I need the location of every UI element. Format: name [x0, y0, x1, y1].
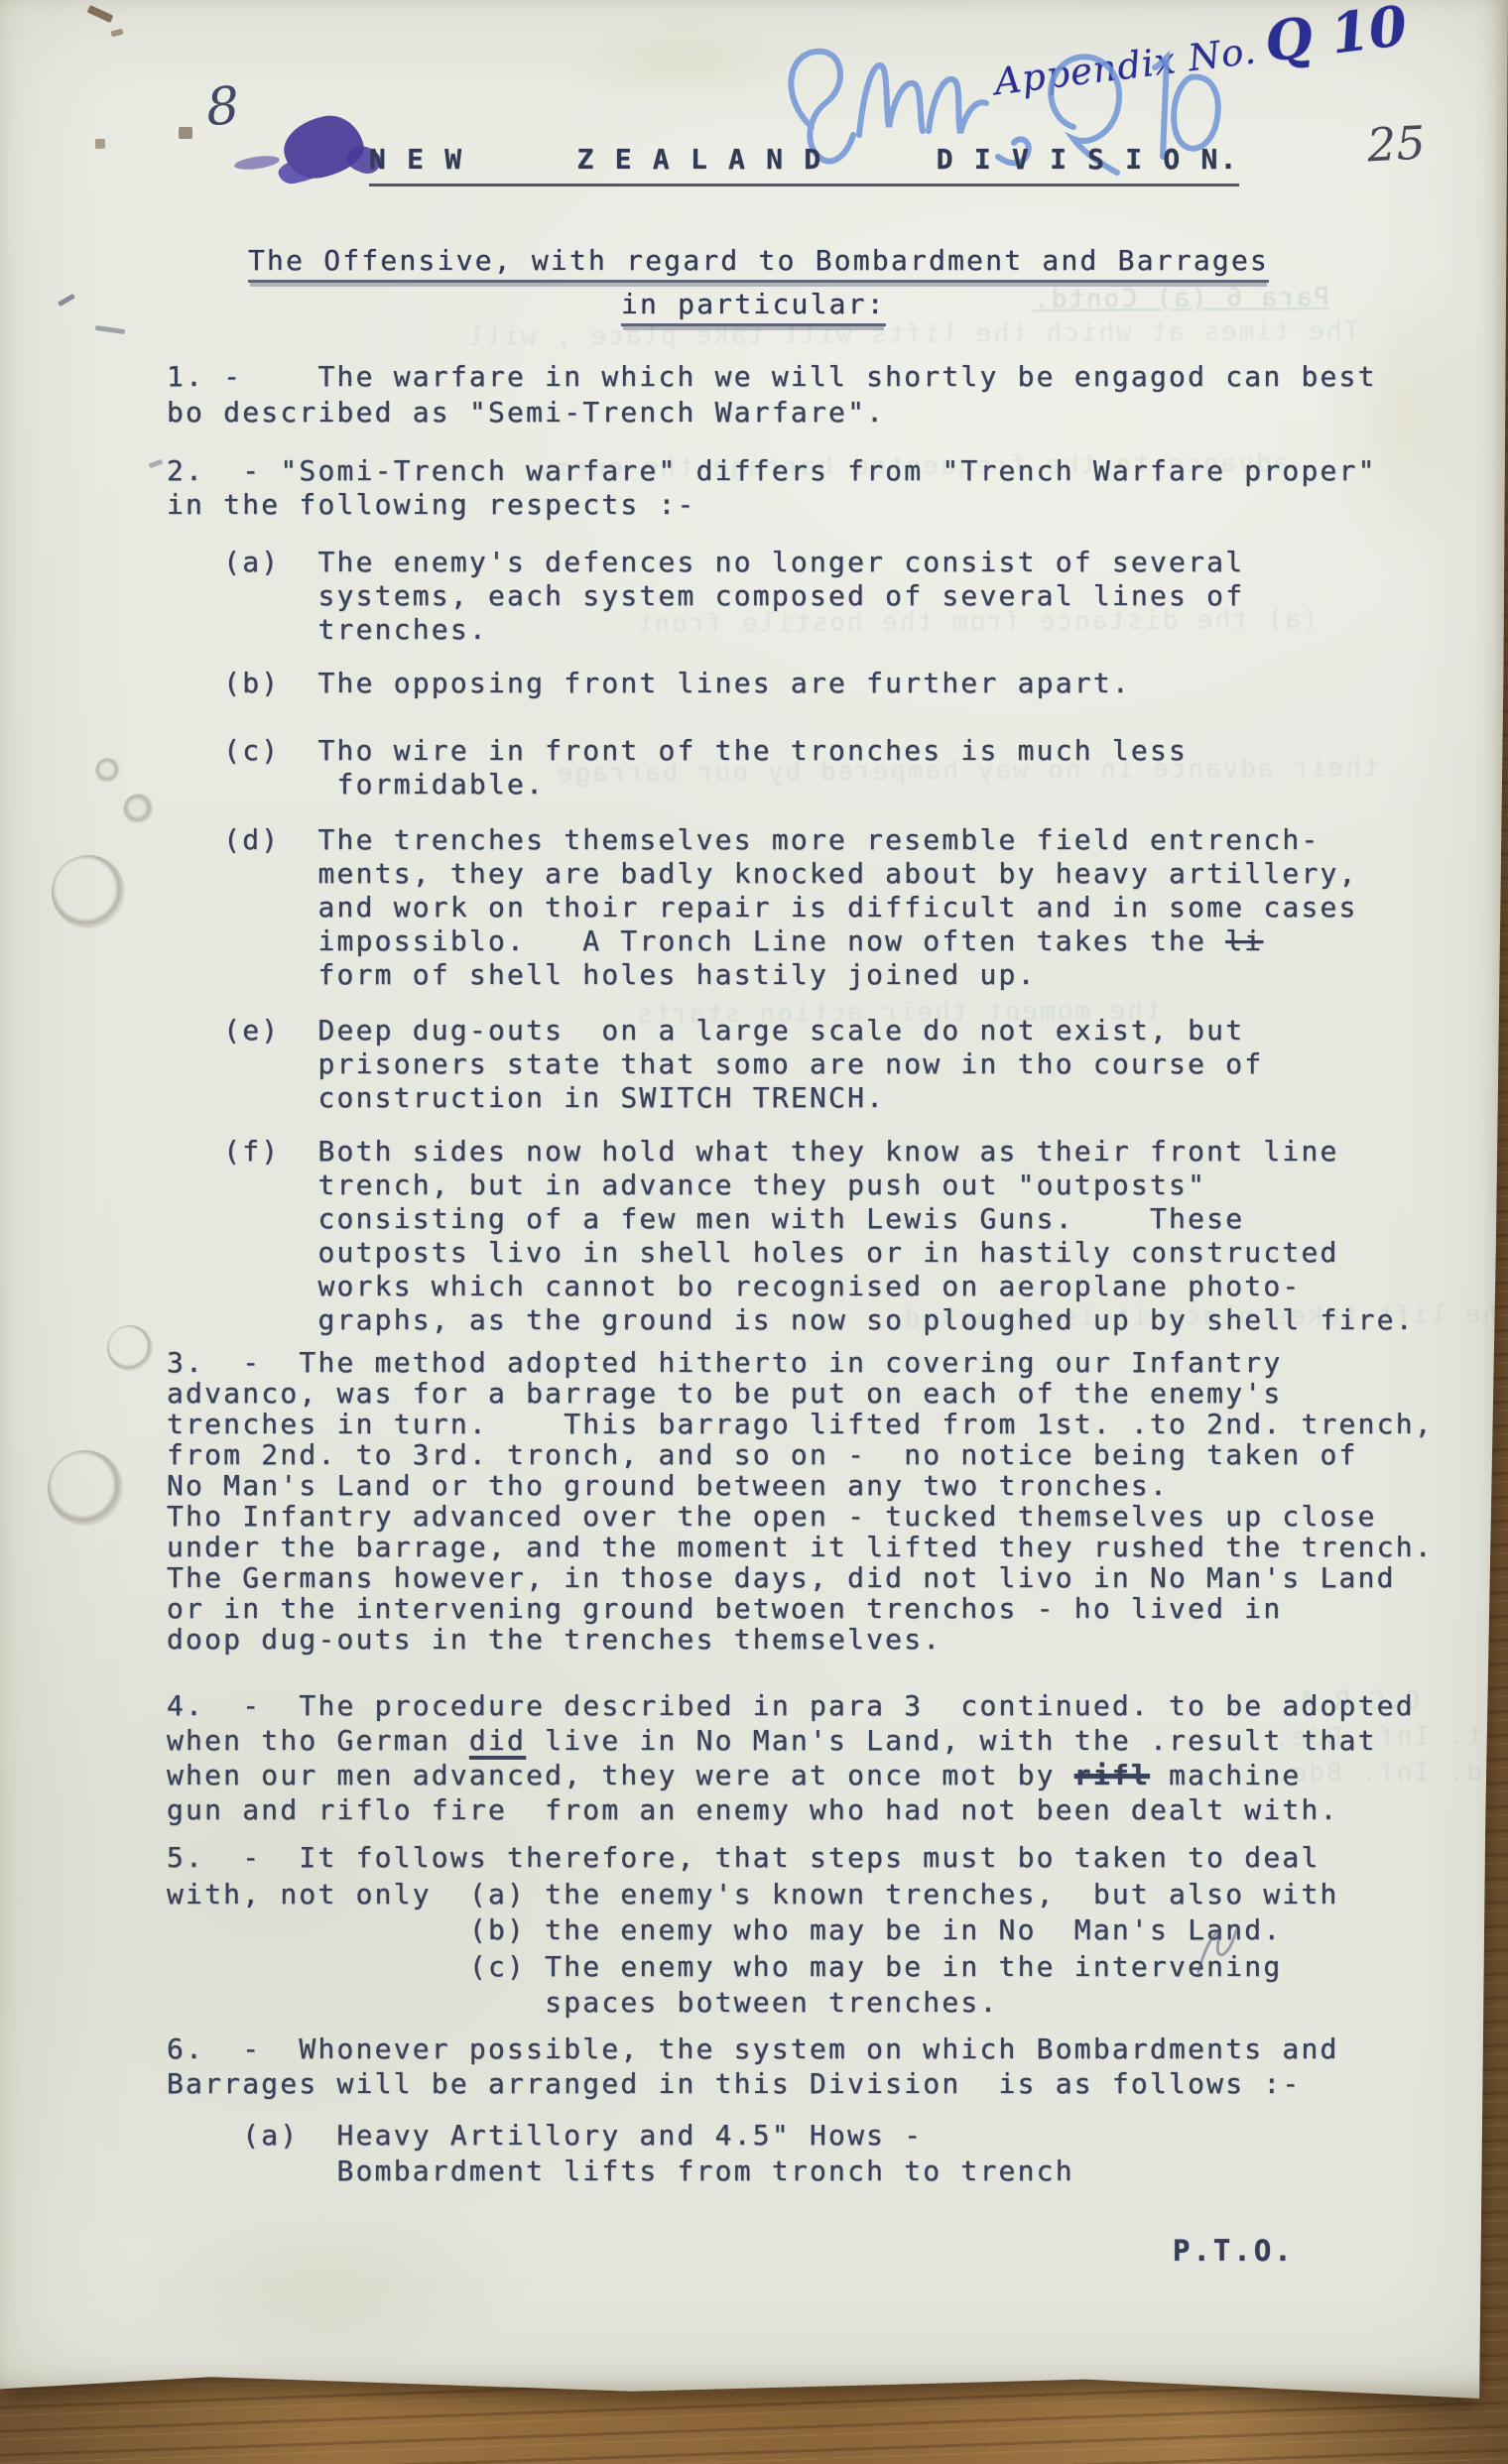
typed-line: with, not only (a) the enemy's known tre…: [167, 1877, 1339, 1913]
typed-line: (b) The opposing front lines are further…: [167, 667, 1131, 700]
typed-segment: consisting of a few men with Lewis Guns.…: [167, 1202, 1244, 1235]
pencil-mark: [179, 127, 192, 139]
typed-item-e: (e) Deep dug-outs on a large scale do no…: [167, 1014, 1263, 1115]
typed-line: outposts livo in shell holes or in hasti…: [167, 1236, 1415, 1270]
typed-segment: 5. - It follows therefore, that steps mu…: [167, 1841, 1320, 1874]
pencil-mark: [87, 5, 114, 23]
typed-line: (d) The trenches themselves more resembl…: [167, 823, 1358, 857]
typed-segment: 3. - The method adopted hitherto in cove…: [167, 1346, 1282, 1379]
handwritten-page-number-8: 8: [204, 76, 241, 138]
punch-hole: [123, 794, 155, 825]
typed-item-d: (d) The trenches themselves more resembl…: [167, 823, 1358, 992]
typed-segment: (a) Heavy Artillory and 4.5" Hows -: [167, 2119, 923, 2152]
typed-line: under the barrage, and the moment it lif…: [167, 1532, 1434, 1562]
typed-line: Barrages will be arranged in this Divisi…: [167, 2066, 1339, 2101]
typed-segment: (e) Deep dug-outs on a large scale do no…: [167, 1014, 1244, 1047]
typed-segment: impossiblo. A Tronch Line now often take…: [167, 924, 1225, 957]
typed-segment: The Germans however, in those days, did …: [167, 1561, 1396, 1594]
typed-line: trenches in turn. This barrago lifted fr…: [167, 1409, 1434, 1439]
typed-segment: bo described as "Semi-Trench Warfare".: [167, 396, 885, 429]
punch-hole: [52, 855, 125, 928]
ink-blot: [233, 154, 280, 172]
typed-segment: under the barrage, and the moment it lif…: [167, 1531, 1434, 1563]
typed-item-a: (a) The enemy's defences no longer consi…: [167, 546, 1244, 647]
typed-segment: 1. - The warfare in which we will shortl…: [167, 360, 1377, 393]
pencil-mark: [110, 29, 123, 38]
pencil-flourish: [1189, 1912, 1248, 1982]
typed-segment: outposts livo in shell holes or in hasti…: [167, 1236, 1339, 1269]
typed-line: in the following respects :-: [167, 488, 1377, 522]
punch-hole: [107, 1325, 153, 1371]
typed-line: consisting of a few men with Lewis Guns.…: [167, 1202, 1415, 1236]
typed-line: (c) The enemy who may be in the interven…: [167, 1949, 1339, 1986]
typed-segment: trench, but in advance they push out "ou…: [167, 1169, 1206, 1201]
typed-para-3: 3. - The method adopted hitherto in cove…: [167, 1347, 1434, 1655]
typed-segment: ed, they were at once mot by: [526, 1759, 1074, 1791]
typed-line: doop dug-outs in the trenches themselves…: [167, 1624, 1434, 1655]
typed-item-c: (c) Tho wire in front of the tronches is…: [167, 734, 1188, 801]
typed-line: 6. - Whonever possible, the system on wh…: [167, 2032, 1339, 2066]
typed-item-b: (b) The opposing front lines are further…: [167, 667, 1131, 700]
typed-para-6a: (a) Heavy Artillory and 4.5" Hows - Bomb…: [167, 2118, 1074, 2189]
typed-line: 3. - The method adopted hitherto in cove…: [167, 1347, 1434, 1378]
typed-line: Bombardment lifts from tronch to trench: [167, 2154, 1074, 2189]
typed-para-6: 6. - Whonever possible, the system on wh…: [167, 2032, 1339, 2101]
typed-line: trenches.: [167, 613, 1244, 647]
typed-line: (b) the enemy who may be in No Man's Lan…: [167, 1912, 1339, 1949]
typed-line: ments, they are badly knocked about by h…: [167, 857, 1358, 891]
typed-segment: 6. - Whonever possible, the system on wh…: [167, 2033, 1339, 2065]
typed-segment: (c) Tho wire in front of the tronches is…: [167, 734, 1188, 767]
typed-line: 5. - It follows therefore, that steps mu…: [167, 1840, 1339, 1877]
typed-segment: when tho German: [167, 1724, 469, 1757]
typed-line: from 2nd. to 3rd. tronch, and so on - no…: [167, 1439, 1434, 1470]
typed-segment: trenches.: [167, 613, 488, 646]
typed-para-4: 4. - The procedure described in para 3 c…: [167, 1688, 1415, 1827]
typed-segment: with, not only (a) the enemy's known tre…: [167, 1878, 1339, 1910]
typed-segment: spaces botween trenches.: [167, 1986, 999, 2019]
bleedthrough-text: Para 6 (a) Contd.: [1032, 283, 1329, 314]
typed-line: The Germans however, in those days, did …: [167, 1562, 1434, 1593]
typed-line: systems, each system composed of several…: [167, 579, 1244, 613]
typed-item-f: (f) Both sides now hold what they know a…: [167, 1135, 1415, 1337]
typed-segment: systems, each system composed of several…: [167, 579, 1244, 612]
bleedthrough-text: The times at which the lifts will take p…: [466, 316, 1360, 352]
typed-segment: (a) The enemy's defences no longer consi…: [167, 546, 1244, 578]
pencil-mark: [149, 459, 164, 468]
typed-segment: gun and riflo fire from an enemy who had…: [167, 1793, 1339, 1826]
typed-segment: (c) The enemy who may be in the interven…: [167, 1950, 1282, 1983]
typed-line: gun and riflo fire from an enemy who had…: [167, 1792, 1415, 1827]
appendix-stamp-number: Q 10: [1261, 0, 1410, 74]
typed-line: bo described as "Semi-Trench Warfare".: [167, 395, 1377, 431]
document-page: Para 6 (a) Contd.The times at which the …: [0, 0, 1508, 2399]
typed-line: form of shell holes hastily joined up.: [167, 958, 1358, 992]
typed-segment: doop dug-outs in the trenches themselves…: [167, 1623, 942, 1656]
typed-line: works which cannot bo recognised on aero…: [167, 1270, 1415, 1303]
typed-segment: in the following respects :-: [167, 488, 696, 521]
typed-segment: trenches in turn. This barrago lifted fr…: [167, 1408, 1434, 1440]
handwritten-page-number-25: 25: [1366, 116, 1427, 173]
typed-line: No Man's Land or tho ground between any …: [167, 1470, 1434, 1501]
typed-line: 1. - The warfare in which we will shortl…: [167, 359, 1377, 395]
typed-segment: Tho Infantry advanced over the open - tu…: [167, 1500, 1377, 1533]
typed-line: impossiblo. A Tronch Line now often take…: [167, 924, 1358, 958]
typed-segment: from 2nd. to 3rd. tronch, and so on - no…: [167, 1438, 1358, 1471]
typed-line: (f) Both sides now hold what they know a…: [167, 1135, 1415, 1169]
typed-line: (c) Tho wire in front of the tronches is…: [167, 734, 1188, 768]
typed-line: 4. - The procedure described in para 3 c…: [167, 1688, 1415, 1723]
typed-line: (e) Deep dug-outs on a large scale do no…: [167, 1014, 1263, 1047]
typed-line: 2. - "Somi-Trench warfare" differs from …: [167, 454, 1377, 488]
typed-line: construction in SWITCH TRENCH.: [167, 1081, 1263, 1115]
typed-line: when tho German did live in No Man's Lan…: [167, 1723, 1415, 1758]
typed-line: and work on thoir repair is difficult an…: [167, 891, 1358, 924]
typed-line: (a) Heavy Artillory and 4.5" Hows -: [167, 2118, 1074, 2154]
typed-line: formidable.: [167, 768, 1188, 801]
typed-line: trench, but in advance they push out "ou…: [167, 1169, 1415, 1202]
typed-segment-over: anc: [469, 1759, 526, 1791]
typed-segment-under: did: [469, 1724, 526, 1760]
typed-segment: Barrages will be arranged in this Divisi…: [167, 2067, 1301, 2100]
typed-segment: (b) The opposing front lines are further…: [167, 667, 1131, 699]
typed-para-5: 5. - It follows therefore, that steps mu…: [167, 1840, 1339, 2022]
typed-segment: 2. - "Somi-Trench warfare" differs from …: [167, 454, 1377, 487]
paper-stain: [119, 2202, 536, 2371]
scanned-document: Para 6 (a) Contd.The times at which the …: [0, 0, 1508, 2464]
typed-segment: machine: [1150, 1759, 1301, 1791]
typed-line: advanco, was for a barrage to be put on …: [167, 1378, 1434, 1409]
typed-line: (a) The enemy's defences no longer consi…: [167, 546, 1244, 579]
typed-segment: advanco, was for a barrage to be put on …: [167, 1377, 1282, 1410]
typed-segment: No Man's Land or tho ground between any …: [167, 1469, 1169, 1502]
pencil-mark: [95, 325, 125, 334]
pencil-mark: [95, 139, 105, 149]
typed-segment-strike: li: [1225, 924, 1263, 957]
typed-segment: Bombardment lifts from tronch to trench: [167, 2155, 1074, 2187]
typed-segment: (f) Both sides now hold what they know a…: [167, 1135, 1339, 1168]
typed-para-2: 2. - "Somi-Trench warfare" differs from …: [167, 454, 1377, 522]
pto-footer: P.T.O.: [1173, 2234, 1295, 2268]
typed-segment: 4. - The procedure described in para 3 c…: [167, 1689, 1415, 1722]
punch-hole: [48, 1450, 123, 1526]
typed-line: or in the intervening ground betwoen tre…: [167, 1593, 1434, 1624]
typed-segment: form of shell holes hastily joined up.: [167, 958, 1037, 991]
typed-segment: live in No Man's Land, with the .result …: [526, 1724, 1377, 1757]
typed-segment: and work on thoir repair is difficult an…: [167, 891, 1358, 924]
document-title-line-1: The Offensive, with regard to Bombardmen…: [248, 244, 1269, 283]
pencil-mark: [58, 294, 75, 307]
typed-line: spaces botween trenches.: [167, 1985, 1339, 2022]
typed-segment: construction in SWITCH TRENCH.: [167, 1081, 885, 1114]
typed-segment: works which cannot bo recognised on aero…: [167, 1270, 1301, 1302]
document-title-line-2: in particular:: [621, 288, 886, 326]
typed-line: graphs, as the ground is now so ploughed…: [167, 1303, 1415, 1337]
page-title: N E W Z E A L A N D D I V I S I O N.: [369, 143, 1239, 186]
typed-line: when our men advanced, they were at once…: [167, 1758, 1415, 1792]
typed-line: Tho Infantry advanced over the open - tu…: [167, 1501, 1434, 1532]
typed-segment: graphs, as the ground is now so ploughed…: [167, 1303, 1415, 1336]
punch-hole: [95, 758, 121, 784]
typed-segment-strikebold: rifl: [1074, 1759, 1150, 1791]
typed-segment: or in the intervening ground betwoen tre…: [167, 1592, 1282, 1625]
typed-segment: formidable.: [167, 768, 545, 801]
typed-para-1: 1. - The warfare in which we will shortl…: [167, 359, 1377, 431]
typed-segment: (b) the enemy who may be in No Man's Lan…: [167, 1913, 1282, 1946]
typed-segment: prisoners state that somo are now in tho…: [167, 1047, 1263, 1080]
typed-segment: (d) The trenches themselves more resembl…: [167, 823, 1320, 856]
typed-segment: when our men adv: [167, 1759, 469, 1791]
typed-segment: ments, they are badly knocked about by h…: [167, 857, 1358, 890]
typed-line: prisoners state that somo are now in tho…: [167, 1047, 1263, 1081]
